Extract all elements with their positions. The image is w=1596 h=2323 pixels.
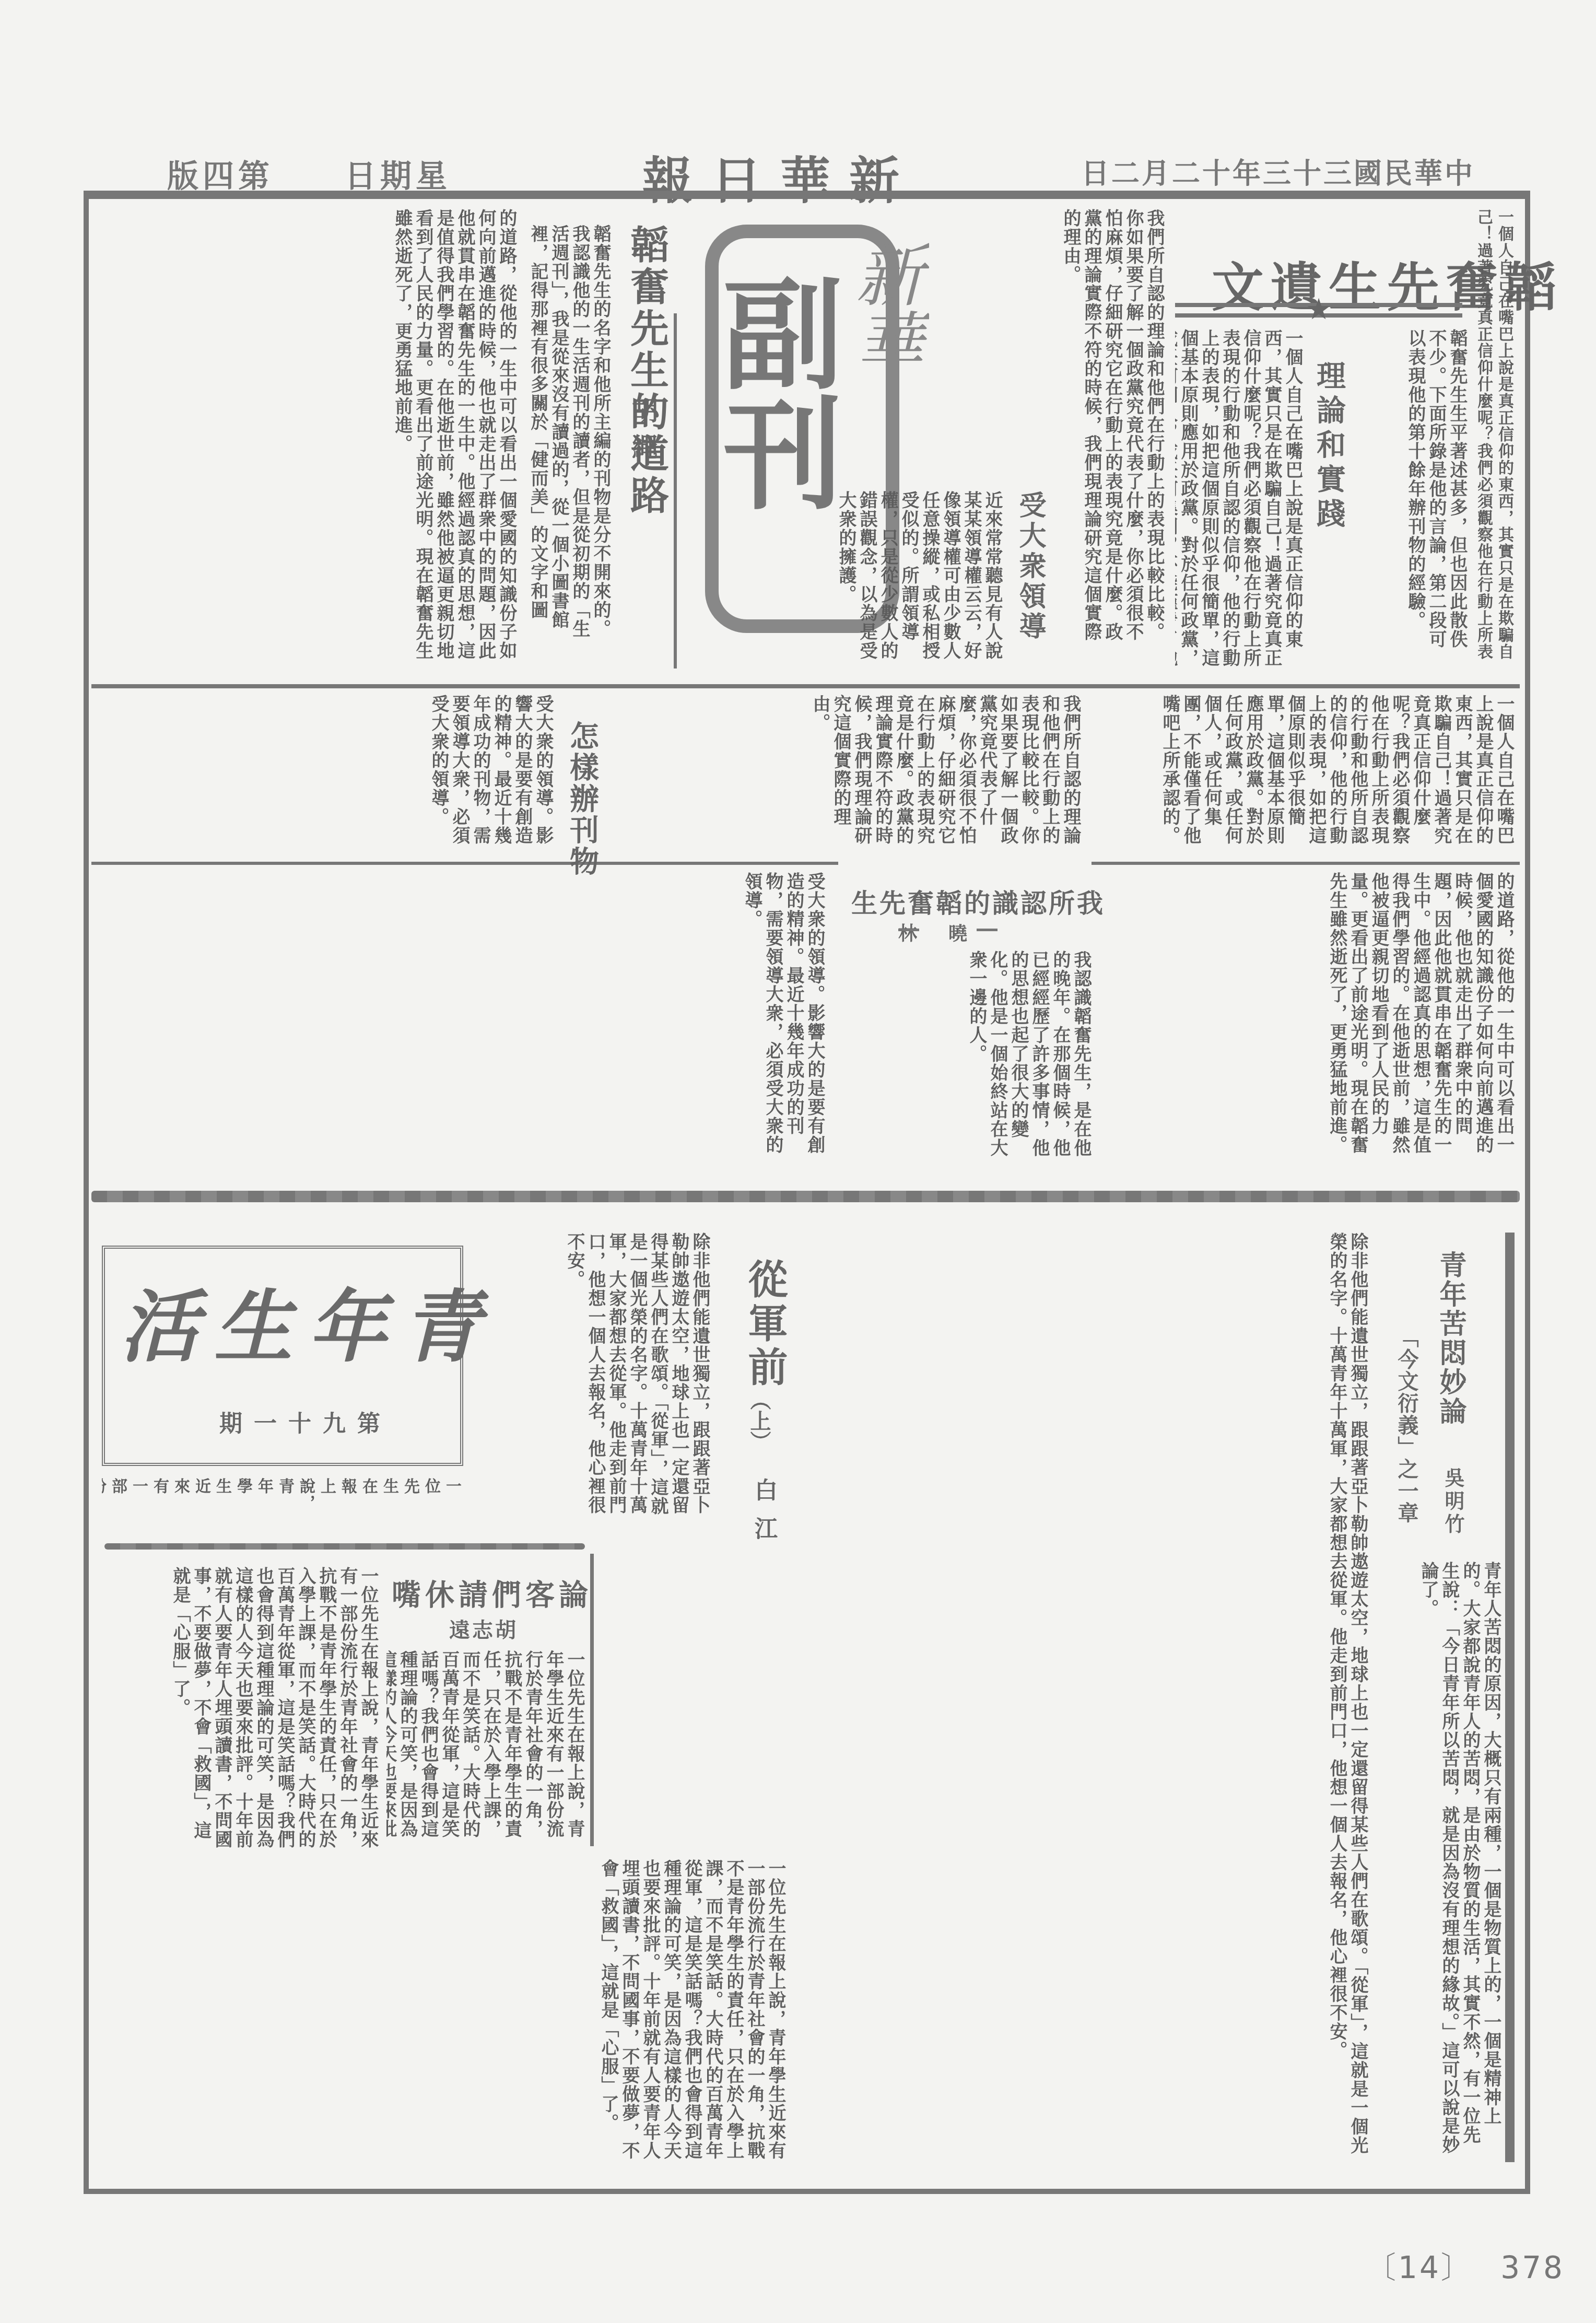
- my-taofen-author: 曉林: [898, 919, 999, 946]
- supplement-subhead: 受大衆領導: [1011, 491, 1050, 642]
- puzzle-title: 青年苦悶妙論: [1431, 1251, 1470, 1426]
- taofen-road-continued: 的道路，從他的一生中可以看出一個愛國的知識份子如何向前邁進的時候，他也就走出了群…: [99, 209, 517, 668]
- supplement-logo-seal: 新華: [836, 240, 933, 376]
- divider-wavy-main: [91, 1191, 1520, 1202]
- critics-wavy-rule: [104, 1543, 585, 1550]
- youth-mid-text: 除非他們能遺世獨立，跟跟著亞卜勒帥遨遊太空，地球上也一定還留得某些人們在歌頌。「…: [465, 1233, 710, 1525]
- star-icon: ★: [1306, 292, 1332, 326]
- critics-body-right: 一位先生在報上說，青年學生近來有一部份流行於青年社會的一角，抗戰不是青年學生的責…: [386, 1650, 585, 1849]
- critics-author: 胡志遠: [449, 1614, 518, 1644]
- taofen-writings-intro: 韜奮先生生平著述甚多，但也因此散佚不少。下面所錄是他的言論，第二段可以表現他的第…: [1353, 329, 1468, 658]
- divider-upper-mid-right: [1092, 862, 1520, 865]
- author-dash-right: [977, 929, 997, 931]
- puzzle-body: 青年人苦悶的原因，大概只有兩種，一個是物質上的，一個是精神上的。大家都說青年人的…: [1379, 1562, 1501, 2162]
- military-part: （上）: [744, 1389, 774, 1452]
- divider-vertical-youth-right: [1505, 1233, 1515, 2162]
- taofen-road-author: 胡繩: [624, 397, 662, 470]
- taofen-writings-subhead: 理論和實踐: [1308, 360, 1350, 533]
- lower-middle-text-left: 受大衆的領導。影響大的是要有創造的精神。最近十幾年成功的刊物，需要領導大衆，必須…: [99, 872, 825, 1170]
- page-number-value: 378: [1500, 2250, 1565, 2285]
- youth-life-issue: 第九十一期: [219, 1405, 392, 1438]
- critics-body-bottom: 一位先生在報上說，青年學生近來有一部份流行於青年社會的一角，抗戰不是青年學生的責…: [102, 1859, 786, 2162]
- weekday-label: 星期日: [345, 151, 451, 196]
- military-body: 除非他們能遺世獨立，跟跟著亞卜勒帥遨遊太空，地球上也一定還留得某些人們在歌頌。「…: [799, 1233, 1368, 2162]
- critics-title: 論客們請休嘴: [392, 1572, 592, 1614]
- date-label: 中華民國三十三年十二月二日: [1081, 151, 1475, 192]
- middle-text-right: 一個人自己在嘴巴上說是真正信仰的東西，其實只是在欺騙自己！過著究竟真正信仰什麼呢…: [1092, 695, 1515, 857]
- taofen-road-body: 韜奮先生的名字和他所主編的刊物是分不開來的。我認識他的一生活週刊的讀者，但是從初…: [527, 225, 611, 653]
- youth-life-title: 青年生活: [120, 1264, 496, 1377]
- puzzle-subtitle: 「今文衍義」之一章: [1392, 1327, 1422, 1524]
- my-taofen-body: 我認識韜奮先生，是在他的晚年。在那個時候，他已經經歷了許多事情，他的思想也起了很…: [836, 951, 1092, 1170]
- supplement-subhead-body: 近來常常聽見有人說某某領導權云云，好像領導權可由少數人任意操縱，或私相授受似的。…: [679, 491, 1003, 668]
- divider-upper-mid: [91, 862, 838, 865]
- supplement-logo: 副刊: [710, 272, 836, 512]
- page-label: 第四版: [167, 151, 274, 196]
- lower-middle-text-right: 的道路，從他的一生中可以看出一個愛國的知識份子如何向前邁進的時候，他也就走出了群…: [1097, 872, 1515, 1170]
- volume-mark: 〔14〕: [1366, 2250, 1473, 2285]
- how-to-run-body: 受大衆的領導。影響大的是要有創造的精神。最近十幾年成功的刊物，需要領導大衆，必須…: [99, 695, 554, 857]
- puzzle-author: 吳明竹: [1439, 1468, 1468, 1536]
- author-dash-left: [898, 929, 919, 931]
- middle-text-center: 我們所自認的理論和他們在行動上的表現比較比較。你如果要了解一個政黨究竟代表了什麼…: [632, 695, 1081, 857]
- taofen-writings-body-right: 一個人自己在嘴巴上說是真正信仰的東西，其實只是在欺騙自己！過著究竟真正信仰什麼呢…: [1478, 209, 1515, 668]
- divider-top-mid: [91, 684, 1520, 688]
- military-author: 白江: [747, 1478, 780, 1555]
- taofen-writings-body: 一個人自己在嘴巴上說是真正信仰的東西，其實只是在欺騙自己！過著究竟真正信仰什麼呢…: [1175, 329, 1303, 668]
- critics-body-left: 一位先生在報上說，青年學生近來有一部份流行於青年社會的一角，抗戰不是青年學生的責…: [107, 1567, 379, 1849]
- how-to-run-title: 怎樣辦刊物: [561, 721, 603, 877]
- military-title: 從軍前: [736, 1259, 793, 1390]
- page-number: 〔14〕 378: [1366, 2243, 1565, 2287]
- my-taofen-title: 我所認識的韜奮先生: [851, 883, 1105, 920]
- taofen-road-title: 韜奮先生的道路: [619, 225, 674, 517]
- youth-left-top-text: 一位先生在報上說，青年學生近來有一部份流行於青年社會的一角，抗戰不是青年學生的責…: [102, 1478, 462, 1509]
